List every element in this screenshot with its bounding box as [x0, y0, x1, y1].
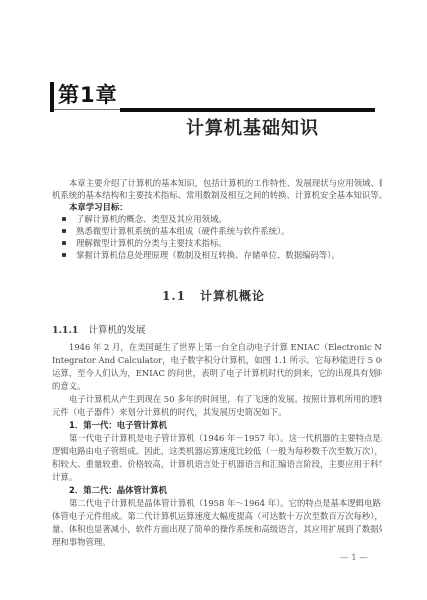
bullet-icon — [62, 253, 66, 257]
body-line: Integrator And Calculator，电子数字积分计算机，如图 1… — [52, 355, 382, 366]
bullet-icon — [62, 229, 66, 233]
body-line: 积较大、重量较重、价格较高，计算机语言处于机器语言和汇编语言阶段，主要应用于科学 — [52, 459, 382, 470]
body-line: 逻辑电路由电子管组成。因此，这类机器运算速度比较低（一般为每秒数千次至数万次），… — [52, 446, 382, 457]
body-line: 量、体积也显著减小，软件方面出现了简单的操作系统和高级语言，其应用扩展到了数据处 — [52, 524, 382, 535]
body-line: 体管电子元件组成。第二代计算机运算速度大幅度提高（可达数十万次至数百万次每秒），… — [52, 511, 382, 522]
section-title: 1.1计算机概论 — [0, 287, 427, 304]
subsection-name: 计算机的发展 — [88, 325, 145, 336]
chapter-rule — [120, 108, 375, 112]
page-number: — 1 — — [340, 553, 368, 563]
chapter-marker-bar — [50, 82, 54, 112]
body-line: 的意义。 — [52, 381, 382, 392]
section-name: 计算机概论 — [200, 289, 265, 303]
subsection-title: 1.1.1计算机的发展 — [52, 322, 145, 336]
body-line: 元件（电子器件）来划分计算机的时代，其发展历史简况如下。 — [52, 407, 382, 418]
bullet-icon — [62, 217, 66, 221]
objectives-heading: 本章学习目标： — [52, 202, 382, 213]
section-number: 1.1 — [162, 289, 186, 303]
body-line: 1946 年 2 月，在美国诞生了世界上第一台全自动电子计算 ENIAC（Ele… — [52, 342, 382, 353]
intro-line: 机系统的基本结构和主要技术指标、常用数制及相互之间的转换、计算机安全基本知识等。 — [52, 190, 382, 201]
objective-item: 理解微型计算机的分类与主要技术指标。 — [62, 238, 372, 249]
body-heading: 2．第二代：晶体管计算机 — [52, 485, 382, 496]
body-heading: 1．第一代：电子管计算机 — [52, 420, 382, 431]
body-line: 第二代电子计算机是晶体管计算机（1958 年～1964 年）。它的特点是基本逻辑… — [52, 498, 382, 509]
body-line: 计算。 — [52, 472, 382, 483]
objective-item: 熟悉微型计算机系统的基本组成（硬件系统与软件系统）。 — [62, 226, 372, 237]
body-line: 运算，至今人们认为，ENIAC 的问世，表明了电子计算机时代的到来，它的出现具有… — [52, 368, 382, 379]
bullet-icon — [62, 241, 66, 245]
chapter-underline — [54, 109, 120, 110]
intro-line: 本章主要介绍了计算机的基本知识，包括计算机的工作特性、发展现状与应用领域、微 — [52, 178, 382, 189]
subsection-number: 1.1.1 — [52, 325, 78, 336]
body-line: 电子计算机从产生到现在 50 多年的时间里，有了飞速的发展。按照计算机所用的逻辑 — [52, 394, 382, 405]
body-line: 理和事物管理。 — [52, 537, 382, 548]
objective-item: 了解计算机的概念、类型及其应用领域。 — [62, 214, 372, 225]
chapter-title: 计算机基础知识 — [186, 117, 319, 141]
body-line: 第一代电子计算机是电子管计算机（1946 年－1957 年）。这一代机器的主要特… — [52, 433, 382, 444]
chapter-label: 第1章 — [58, 81, 118, 109]
objective-item: 掌握计算机信息处理原理（数制及相互转换、存储单位、数据编码等）。 — [62, 250, 372, 261]
